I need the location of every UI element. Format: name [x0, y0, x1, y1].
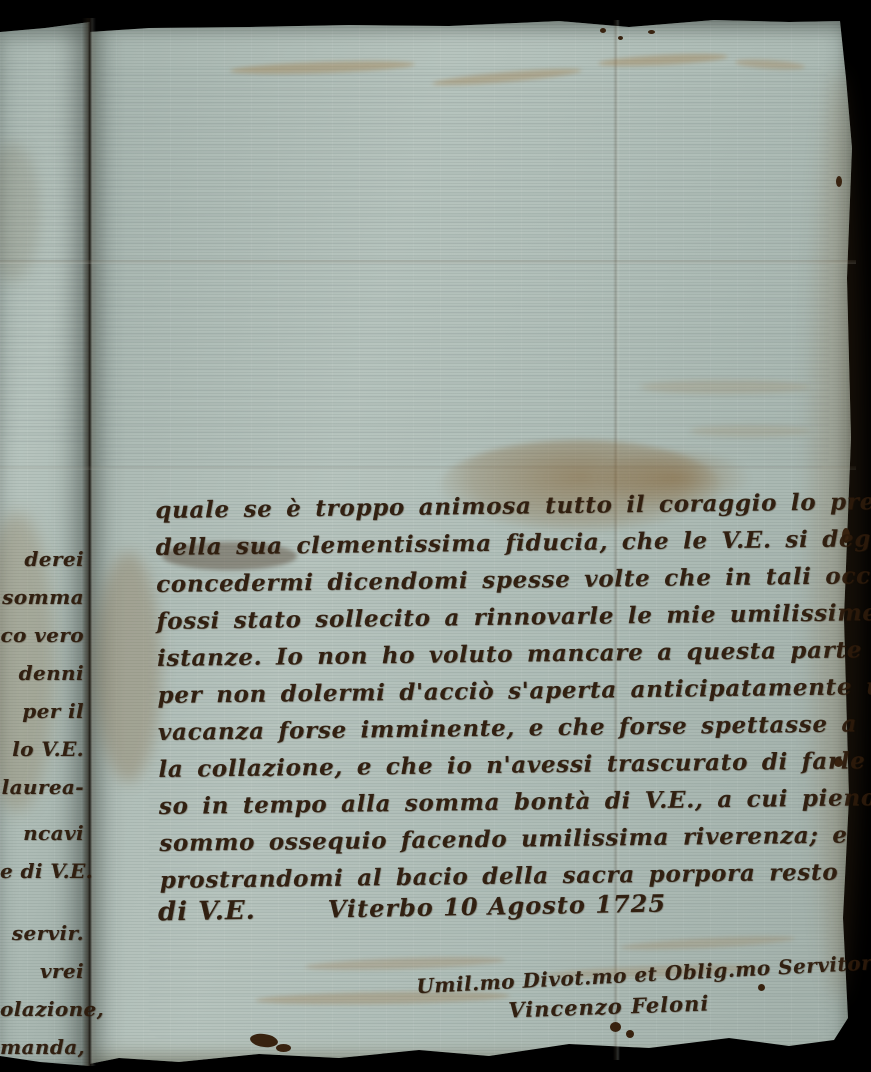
stain	[640, 380, 810, 394]
left-page-fragment: ncavi	[0, 814, 84, 852]
left-page-fragment: lo V.E.	[0, 730, 84, 768]
ink-spot	[276, 1044, 291, 1052]
left-page-fragments: dereisommaco verodenniper illo V.E.laure…	[0, 540, 84, 1066]
horizontal-crease	[0, 260, 856, 264]
left-page-fragment: laurea-	[0, 768, 84, 806]
left-page-fragment: vrei	[0, 952, 84, 990]
closing-salutation: di V.E.	[158, 896, 256, 928]
ink-spot	[618, 36, 623, 40]
ink-spot	[836, 176, 842, 187]
ink-spot	[600, 28, 606, 33]
left-page-fragment: per il	[0, 692, 84, 730]
left-page-fragment: manda,	[0, 1028, 84, 1066]
ink-spot	[610, 1022, 621, 1032]
ink-spot	[626, 1030, 634, 1038]
ink-showthrough	[99, 68, 829, 468]
stain	[690, 425, 810, 437]
left-page-fragment: denni	[0, 654, 84, 692]
letter-body: quale se è troppo animosa tutto il corag…	[155, 482, 871, 899]
left-page-fragment: olazione,	[0, 990, 84, 1028]
signature-block: Umil.mo Divot.mo et Oblig.mo Servitore V…	[416, 962, 871, 1019]
page-fold-gutter	[82, 18, 96, 1066]
left-page-fragment: co vero	[0, 616, 84, 654]
dateline: Viterbo 10 Agosto 1725	[327, 889, 666, 924]
manuscript-photo: dereisommaco verodenniper illo V.E.laure…	[0, 0, 871, 1072]
stain	[96, 552, 161, 782]
ink-spot	[648, 30, 655, 34]
left-page-fragment: somma	[0, 578, 84, 616]
left-page-fragment: servir.	[0, 914, 84, 952]
left-page-fragment: derei	[0, 540, 84, 578]
left-page-fragment: e di V.E.	[0, 852, 84, 890]
